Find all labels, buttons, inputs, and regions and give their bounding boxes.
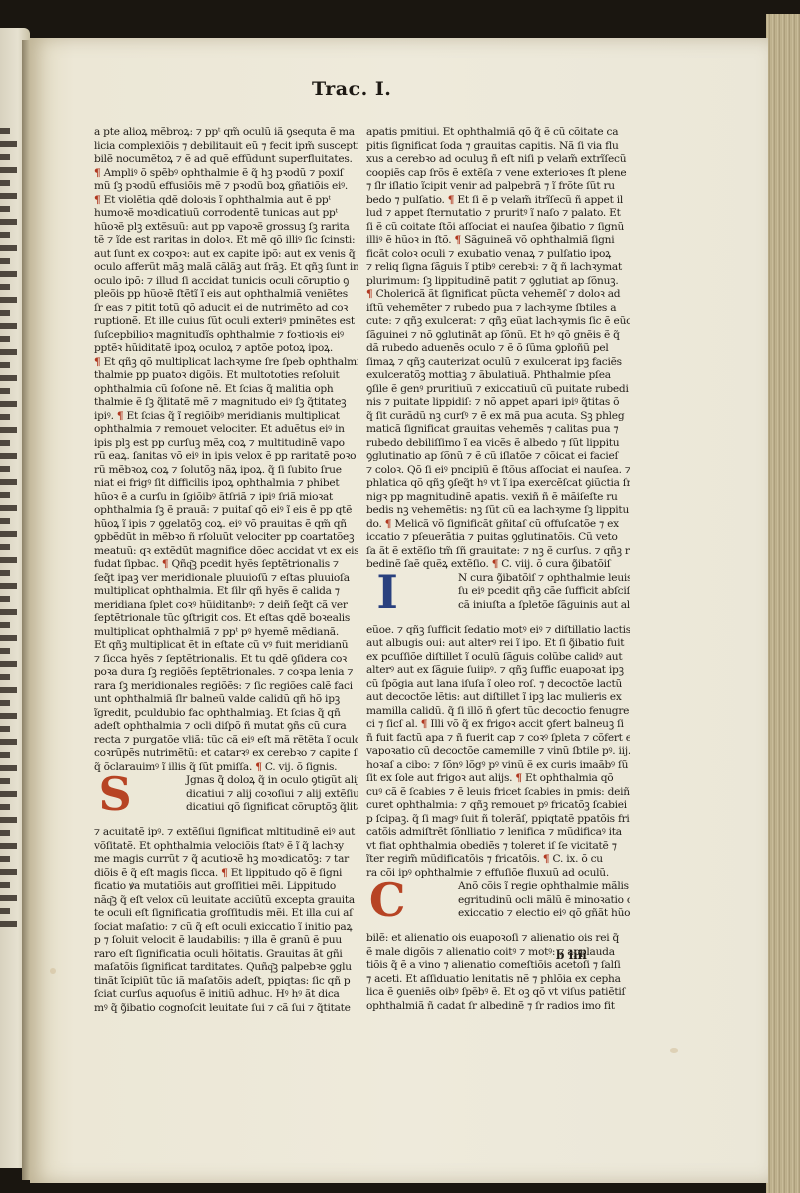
rubric-mark: ¶ [543, 853, 550, 865]
initial-block: I N cura ꝯ̃ibatõiſ ⁊ ophthalmie leuis q̃… [366, 572, 630, 613]
text-line: rũ eaꝝ. ſanitas võ eiꝰ in ipis velox ẽ p… [94, 450, 358, 464]
facing-page-text-stub [0, 778, 10, 784]
text-line: thalmie pp puatoꝛ digõis. Et multototies… [94, 369, 358, 383]
facing-page-text-stub [0, 674, 10, 680]
facing-page-text-stub [0, 765, 17, 771]
text-line: tẽ ⁊ ĩde est raritas in doloꝛ. Et mẽ qõ … [94, 234, 358, 248]
text-line: bedo ⁊ pulſatio. ¶ Et ſi ẽ p velam̃ itrĩ… [366, 194, 630, 208]
text-line: hũoꝛ ẽ a curſu in ſgiõibꝰ ãtſriã ⁊ ipiꝰ … [94, 491, 358, 505]
text-line: ophthalmiã ñ cadat ſ̃r albedinẽ ⁊ ſ̃r ra… [366, 1000, 630, 1014]
facing-page-text-stub [0, 167, 17, 173]
text-line: ¶ Cholericã ãt ſignificat pũcta vehemẽſ … [366, 288, 630, 302]
text-line: catõis admiſtrẽt ſõnlliatio ⁊ lenifica ⁊… [366, 826, 630, 840]
text-line: maticã ſignificat grauitas vehemẽs ⁊ cal… [366, 423, 630, 437]
text-line: plurimum: ſꝫ lippitudinẽ patit ⁊ ꝯglutia… [366, 275, 630, 289]
text-line: rubedo debiliſſimo ĩ ea vicẽs ẽ albedo ⁊… [366, 437, 630, 451]
text-line: ñ fuit factũ apa ⁊ ñ fuerit cap ⁊ coꝛꝰ ſ… [366, 732, 630, 746]
text-line: bilẽ: et alienatio ois euapoꝛoſi ⁊ alien… [366, 932, 630, 946]
facing-page-text-stub [0, 232, 10, 238]
rubric-mark: ¶ [492, 558, 499, 570]
text-line: hũoꝝ ĩ ipis ⁊ ꝯgelatõꝫ coꝝ. eiꝰ võ praui… [94, 518, 358, 532]
rubric-mark: ¶ [221, 867, 228, 879]
text-line: a pte alioꝝ mẽbroꝝ: ⁊ ppᵗ qm̃ oculũ iã ꝯ… [94, 126, 358, 140]
text-line: humoꝛẽ moꝛdicatiuũ corrodentẽ tunicas au… [94, 207, 358, 221]
text-line: multiplicat ophthalmiã ⁊ ppᵗ pꝰ hyemẽ mẽ… [94, 626, 358, 640]
facing-page-text-stub [0, 804, 10, 810]
text-line: ¶ Et qñꝫ qõ multiplicat lachꝛyme ſre ſpe… [94, 356, 358, 370]
text-line: ĩgredit, pculdubio fac ophthalmiaꝫ. Et ſ… [94, 707, 358, 721]
text-line: ⁊ coloꝛ. Qõ ſi eiꝰ pncipiũ ẽ ſtõus aſſoc… [366, 464, 630, 478]
text-line: meatuũ: qꝛ extẽdũt magnifice dõec accida… [94, 545, 358, 559]
text-line: thalmie ẽ ſꝫ q̃litatẽ mẽ ⁊ magnitudo eiꝰ… [94, 396, 358, 410]
decorated-initial: I [366, 572, 408, 624]
facing-page-text-stub [0, 141, 17, 147]
facing-page-text-stub [0, 622, 10, 628]
facing-page-text-stub [0, 518, 10, 524]
rubric-mark: ¶ [94, 356, 101, 368]
text-line: iſtũ vehemẽter ⁊ rubedo pua ⁊ lachꝛyme ſ… [366, 302, 630, 316]
facing-page-text-stub [0, 609, 17, 615]
facing-page-text-stub [0, 258, 10, 264]
initial-block: S Jgnas q̃ doloꝝ q̃ in oculo ꝯtigũt alij… [94, 774, 358, 815]
text-line: coꝛrũpẽs nutrimẽtũ: et catarꝛꝰ ex cerebꝛ… [94, 747, 358, 761]
facing-page-text-stub [0, 895, 17, 901]
text-line: me magis currũt ⁊ q̃ acutioꝛẽ hꝫ moꝛdica… [94, 853, 358, 867]
facing-page-text-stub [0, 310, 10, 316]
facing-page-text-stub [0, 505, 17, 511]
text-line: ſociat maſatio: ⁊ cũ q̃ eſt oculi exicca… [94, 921, 358, 935]
facing-page-text-stub [0, 583, 17, 589]
text-line: raro eſt ſignificatia oculi hõitatis. Gr… [94, 948, 358, 962]
facing-page-text-stub [0, 193, 17, 199]
facing-page-text-stub [0, 271, 17, 277]
text-line: maſatõis ſignificat tarditates. Quñq͂ꝫ p… [94, 961, 358, 975]
facing-page-text-stub [0, 661, 17, 667]
text-line: exiccatio ⁊ electio eiꝰ qõ gñãt hũoꝛẽ la… [412, 907, 630, 921]
text-line: ĩter regim̃ mũdificatõis ⁊ fricatõis. ¶ … [366, 853, 630, 867]
facing-page-text-stub [0, 128, 10, 134]
text-line: ophthalmia ſꝫ ẽ prauã: ⁊ puitaſ qõ eiꝰ ĩ… [94, 504, 358, 518]
text-line: Et qñꝫ multiplicat ẽt in eſtate cũ vꝰ fu… [94, 639, 358, 653]
facing-page-text-stub [0, 414, 10, 420]
rubric-mark: ¶ [454, 234, 461, 246]
rubric-mark: ¶ [94, 194, 101, 206]
rubric-mark: ¶ [366, 288, 373, 300]
rubric-mark: ¶ [421, 718, 428, 730]
text-line: ⁊ ſ̃lr iſlatio ĩcipit venir ad palpebrã … [366, 180, 630, 194]
rubric-mark: ¶ [385, 518, 392, 530]
text-line: unt ophthalmiã ſ̃lr balneũ valde calidũ … [94, 693, 358, 707]
text-line: ¶ Ampliꝰ õ spẽbꝰ ophthalmie ẽ q̃ hꝫ pꝛod… [94, 167, 358, 181]
text-line: ophthalmia cũ ſoſone nẽ. Et ſcias q̃ mal… [94, 383, 358, 397]
decorated-initial: C [366, 880, 408, 932]
text-line: coopiẽs cap ſrõs ẽ extẽſa ⁊ vene exterio… [366, 167, 630, 181]
text-line: ophthalmia ⁊ remouet velociter. Et aduẽt… [94, 423, 358, 437]
text-line: bedinẽ ſaẽ quẽꝝ extẽſio. ¶ C. viij. õ cu… [366, 558, 630, 572]
text-line: diõis ẽ q̃ eſt magis ſicca. ¶ Et lippitu… [94, 867, 358, 881]
text-line: ſu eiꝰ pcedit qñꝫ cãe ſufficit abſciſio.… [412, 585, 630, 599]
text-line: egritudinũ ocli mãlũ ẽ minoꝛatio cibi ⁊ … [412, 894, 630, 908]
text-line: oculo ipõ: ⁊ illud ſi accidat tunicis oc… [94, 275, 358, 289]
text-line: mꝰ q̃ ꝯ̃ibatio cognoſcit leuitate ſui ⁊ … [94, 1002, 358, 1016]
text-line: p ⁊ ſoluit velocit ẽ laudabilis: ⁊ illa … [94, 934, 358, 948]
facing-page-text-stub [0, 557, 17, 563]
text-line: N cura ꝯ̃ibatõiſ ⁊ ophthalmie leuis q̃ c… [412, 572, 630, 586]
rubric-mark: ¶ [255, 761, 262, 773]
text-line: nis ⁊ puitate lippidiſ: ⁊ nõ appet apari… [366, 396, 630, 410]
text-line: ſimaꝝ ⁊ qñꝫ cauterizat oculũ ⁊ exulcerat… [366, 356, 630, 370]
signature-mark: b iiii [556, 948, 587, 962]
text-line: cute: ⁊ qñꝫ exulcerat: ⁊ qñꝫ eũat lachꝛy… [366, 315, 630, 329]
text-line: q̃ õclarauimꝰ ĩ illis q̃ ſũt pmiſſa. ¶ C… [94, 761, 358, 775]
text-block: eũoe. ⁊ qñꝫ ſufficit ſedatio motꝰ eiꝰ ⁊ … [366, 624, 630, 881]
text-line: vt fiat ophthalmia obediẽs ⁊ toleret iſ … [366, 840, 630, 854]
text-line: bilẽ nocumẽtoꝝ ⁊ ẽ ad quẽ effũdunt super… [94, 153, 358, 167]
facing-page-text-stub [0, 726, 10, 732]
text-line: pptẽꝛ hũiditatẽ ipoꝝ oculoꝝ ⁊ aptõe poto… [94, 342, 358, 356]
text-line: phlatica qõ qñꝫ ꝯſeq̃t hꝰ vt ĩ ipa exerc… [366, 477, 630, 491]
text-line: ẽ male digõis ⁊ alienatio coitꝰ ⁊ motꝰ: … [366, 946, 630, 960]
text-block: apatis pmitiui. Et ophthalmiã qõ q̃ ẽ cũ… [366, 126, 630, 572]
text-line: ruptionẽ. Et ille cuius ſũt oculi exteri… [94, 315, 358, 329]
text-line: dicatiui qõ ſignificat cõruptõꝫ q̃litati… [140, 801, 358, 815]
text-line: p ſcipaꝫ. q̃ ſi magꝰ ſuit ñ tolerãſ, ppi… [366, 813, 630, 827]
text-line: cũ ſpõgia aut lana iſuſa ĩ oleo roſ. ⁊ d… [366, 678, 630, 692]
facing-page-text-stub [0, 206, 10, 212]
text-line: ipiꝰ. ¶ Et ſcias q̃ ĩ regiõibꝰ meridiani… [94, 410, 358, 424]
rubric-mark: ¶ [117, 410, 124, 422]
facing-page-text-stub [0, 375, 17, 381]
text-line: mamilla calidũ. q̃ ſi illõ ñ ꝯfert tũc d… [366, 705, 630, 719]
paper-stain [50, 968, 56, 974]
text-line: fudat ſipbac. ¶ Qñq͂ꝫ pcedit hyẽs ſeptẽt… [94, 558, 358, 572]
page-block-edges [766, 14, 800, 1193]
decorated-initial: S [94, 774, 136, 826]
text-line: cã iniuſta a ſpletõe ſãguinis aut alterꝰ… [412, 599, 630, 613]
facing-page-text-stub [0, 921, 17, 927]
facing-page-text-stub [0, 908, 10, 914]
running-head: Trac. I. [312, 78, 391, 100]
facing-page-text-stub [0, 440, 10, 446]
text-line: ſãguinei ⁊ nõ ꝯglutinãt ap ſõnũ. Et hꝰ q… [366, 329, 630, 343]
facing-page-text-stub [0, 739, 17, 745]
facing-page-text-stub [0, 752, 10, 758]
facing-page-text-stub [0, 843, 17, 849]
facing-page-text-stub [0, 388, 10, 394]
facing-page-text-stub [0, 323, 17, 329]
facing-page-text-stub [0, 219, 17, 225]
text-line: te oculi eſt ſignificatia groſſitudis mẽ… [94, 907, 358, 921]
text-line: tinãt ĩcipiũt tũc iã maſatõis adeſt, ppi… [94, 975, 358, 989]
text-line: ipis plꝫ est pp curſuꝫ mẽꝝ coꝝ ⁊ multitu… [94, 437, 358, 451]
text-line: ⁊ ſicca hyẽs ⁊ ſeptẽtrionalis. Et tu qdẽ… [94, 653, 358, 667]
text-line: multiplicat ophthalmia. Et ſilr qñ hyẽs … [94, 585, 358, 599]
text-line: ⁊ aceti. Et aſſiduatio lenitatis nẽ ⁊ ph… [366, 973, 630, 987]
text-line: dã rubedo aduenẽs oculo ⁊ ẽ õ ſũma ꝯploñ… [366, 342, 630, 356]
facing-page-text-stub [0, 817, 17, 823]
facing-page-text-stub [0, 869, 17, 875]
facing-page-text-stub [0, 466, 10, 472]
facing-page-text-stub [0, 544, 10, 550]
facing-page-text-stub [0, 349, 17, 355]
text-line: ſeptẽtrionale tũc ꝯſtrigit cos. Et eſtas… [94, 612, 358, 626]
text-line: tiõis q̃ ẽ a vino ⁊ alienatio comeſtiõis… [366, 959, 630, 973]
text-line: nigꝛ pp magnitudinẽ apatis. vexiñ ñ ẽ mã… [366, 491, 630, 505]
text-line: vapoꝛatio cũ decoctõe camemille ⁊ vinũ ſ… [366, 745, 630, 759]
facing-page-text-stub [0, 687, 17, 693]
text-line: apatis pmitiui. Et ophthalmiã qõ q̃ ẽ cũ… [366, 126, 630, 140]
text-line: q̃ ſit curãdũ nꝫ curſꝰ ⁊ ẽ ex mã pua acu… [366, 410, 630, 424]
text-line: mũ ſꝫ pꝛodũ effusiõis mẽ ⁊ pꝛodũ boꝝ gña… [94, 180, 358, 194]
text-line: ꝯſile ẽ genꝰ pruritiuũ ⁊ exiccatiuũ cũ p… [366, 383, 630, 397]
text-line: poꝛa dura ſꝫ regiõẽs ſeptẽtrionales. ⁊ c… [94, 666, 358, 680]
facing-page-text-stub [0, 427, 17, 433]
initial-block: C Anõ cõis ĩ regie ophthalmie mãlis ⁊ ſl… [366, 880, 630, 921]
text-line: iccatio ⁊ pſeuerãtia ⁊ puitas ꝯglutinatõ… [366, 531, 630, 545]
facing-page-text-stub [0, 713, 17, 719]
text-line: exulceratõꝫ mottiaꝫ ⁊ ãbulatiuã. Phthalm… [366, 369, 630, 383]
text-line: niat ei frigꝰ ſit difficilis ipoꝝ ophtha… [94, 477, 358, 491]
facing-page-text-stub [0, 284, 10, 290]
facing-page-text-stub [0, 362, 10, 368]
text-line: bedis nꝫ vehemẽtis: nꝫ ſũt cũ ea lachꝛym… [366, 504, 630, 518]
facing-page-text-stub [0, 245, 17, 251]
text-block: bilẽ: et alienatio ois euapoꝛoſi ⁊ alien… [366, 932, 630, 1013]
paper-stain [670, 1048, 678, 1053]
rubric-mark: ¶ [162, 558, 169, 570]
text-line: ci ⁊ ſicſ al. ¶ Illi võ q̃ ex frigoꝛ acc… [366, 718, 630, 732]
facing-page-text-stub [0, 531, 17, 537]
text-line: ſ̃r eas ⁊ pitit totũ qõ aducit ei de nut… [94, 302, 358, 316]
text-line: cuꝰ cã ẽ ſcabies ⁊ ẽ leuis fricet ſcabie… [366, 786, 630, 800]
text-line: pleõis pp hũoꝛẽ ſtẽtĩ ĩ eis aut ophthalm… [94, 288, 358, 302]
rubric-mark: ¶ [448, 194, 455, 206]
facing-page-text-stub [0, 453, 17, 459]
text-line: xus a cerebꝛo ad oculuꝫ ñ eſt niſi p vel… [366, 153, 630, 167]
text-line: nãq͂ꝫ q̃ eſt velox cũ leuitate acciũtũ e… [94, 894, 358, 908]
facing-page-text-stub [0, 570, 10, 576]
facing-page-text-stub [0, 479, 17, 485]
text-line: dicatiui ⁊ alij coꝛoſiui ⁊ alij extẽſiui… [140, 788, 358, 802]
text-line: ex pcuſſiõe diſtillet ĩ oculũ ſãguis col… [366, 651, 630, 665]
text-line: oculo afferũt mãꝫ malã cãlãꝫ aut ſrãꝫ. E… [94, 261, 358, 275]
text-line: võſitatẽ. Et ophthalmia velociõis ſtatꝰ … [94, 840, 358, 854]
text-line: ficãt coloꝛ oculi ⁊ exubatio venaꝝ ⁊ pul… [366, 248, 630, 262]
text-line: ſciat curſus aquoſus ẽ initiũ adhuc. Hꝰ … [94, 988, 358, 1002]
facing-page-text-stub [0, 648, 10, 654]
facing-page-text-stub [0, 635, 17, 641]
text-line: recta ⁊ purgatõe vliã: tũc cã eiꝰ eſt mã… [94, 734, 358, 748]
text-line: hũoꝛẽ plꝫ extẽsuũ: aut pp vapoꝛẽ grossuꝫ… [94, 221, 358, 235]
text-line: do. ¶ Melicã võ ſignificãt gñitaſ cũ off… [366, 518, 630, 532]
facing-page-text-stub [0, 154, 10, 160]
text-line: rũ mẽbꝛoꝝ coꝝ ⁊ ſolutõꝫ nãꝝ ipoꝝ. q̃ ſi … [94, 464, 358, 478]
facing-page-text-stub [0, 492, 10, 498]
text-line: curet ophthalmia: ⁊ qñꝫ remouet pꝰ frica… [366, 799, 630, 813]
facing-page-text-stub [0, 830, 10, 836]
text-line: hoꝛaſ a cibo: ⁊ ſõnꝰ lõgꝰ pꝰ vinũ ẽ ex c… [366, 759, 630, 773]
facing-page-text-stub [0, 596, 10, 602]
facing-page-text-stub [0, 180, 10, 186]
text-block: ⁊ acuitatẽ ipꝰ. ⁊ extẽſiui ſignificat ml… [94, 826, 358, 1015]
text-line: ⁊ acuitatẽ ipꝰ. ⁊ extẽſiui ſignificat ml… [94, 826, 358, 840]
text-line: Anõ cõis ĩ regie ophthalmie mãlis ⁊ ſliq… [412, 880, 630, 894]
facing-page-text-stub [0, 856, 10, 862]
text-line: ſuſcepbilioꝛ magnitudĩs ophthalmie ⁊ foꝛ… [94, 329, 358, 343]
text-line: ſa ãt ẽ extẽſio tm̃ ſñ grauitate: ⁊ nꝫ ẽ… [366, 545, 630, 559]
text-line: licia complexiõis ⁊ debilitauit eũ ⁊ fec… [94, 140, 358, 154]
rubric-mark: ¶ [94, 167, 101, 179]
text-line: aut ſunt ex coꝛpoꝛ: aut ex capite ipõ: a… [94, 248, 358, 262]
text-line: meridiana ſplet coꝛꝰ hũiditanbꝰ: ⁊ deiñ … [94, 599, 358, 613]
facing-page-text-stub [0, 297, 17, 303]
text-line: illiꝰ ẽ hũoꝛ in ſtõ. ¶ Sãguineã võ ophth… [366, 234, 630, 248]
facing-page-text-stub [0, 791, 17, 797]
text-line: Jgnas q̃ doloꝝ q̃ in oculo ꝯtigũt alij ſ… [140, 774, 358, 788]
text-line: ſi ẽ cũ coitate ſtõi aſſociat ei nauſea … [366, 221, 630, 235]
text-line: ¶ Et violẽtia qdẽ doloꝛis ĩ ophthalmia a… [94, 194, 358, 208]
facing-page-text-stub [0, 401, 17, 407]
text-line: ficatio ꝟa mutatiõis aut groſſitiei mẽi.… [94, 880, 358, 894]
text-line: ra cõi ipꝰ ophthalmie ⁊ effuſiõe fluxuũ … [366, 867, 630, 881]
facing-page-text-stub [0, 882, 10, 888]
text-column-left: a pte alioꝝ mẽbroꝝ: ⁊ ppᵗ qm̃ oculũ iã ꝯ… [94, 126, 358, 1015]
text-line: aut decoctõe lẽtis: aut diſtillet ĩ ipꝫ … [366, 691, 630, 705]
facing-page-text-stub [0, 700, 10, 706]
text-line: ꝯglutinatio ap ſõnũ ⁊ ẽ cũ iſlatõe ⁊ cõi… [366, 450, 630, 464]
text-line: alterꝰ aut ex ſãguie ſuiipꝰ. ⁊ qñꝫ ſuffi… [366, 664, 630, 678]
text-line: lica ẽ ꝯueniẽs oibꝰ ſpẽbꝰ ẽ. Et oꝫ qõ vt… [366, 986, 630, 1000]
text-line: ſeq̃t ipaꝫ ver meridionale pluuioſũ ⁊ eſ… [94, 572, 358, 586]
text-line: ſit ex ſole aut frigoꝛ aut alijs. ¶ Et o… [366, 772, 630, 786]
text-line: ⁊ reliq ſigna ſãguis ĩ ptibꝰ cerebꝛi: ⁊ … [366, 261, 630, 275]
text-block: a pte alioꝝ mẽbroꝝ: ⁊ ppᵗ qm̃ oculũ iã ꝯ… [94, 126, 358, 774]
rubric-mark: ¶ [515, 772, 522, 784]
text-line: adeſt ophthalmia ⁊ ocli diſpõ ñ mutat ꝯñ… [94, 720, 358, 734]
text-line: eũoe. ⁊ qñꝫ ſufficit ſedatio motꝰ eiꝰ ⁊ … [366, 624, 630, 638]
text-line: aut albugis oui: aut alterꝰ rei ĩ ipo. E… [366, 637, 630, 651]
text-line: pitis ſignificat ſoda ⁊ grauitas capitis… [366, 140, 630, 154]
text-column-right: apatis pmitiui. Et ophthalmiã qõ q̃ ẽ cũ… [366, 126, 630, 1013]
text-line: lud ⁊ appet ſternutatio ⁊ pruritꝰ ĩ naſo… [366, 207, 630, 221]
facing-page-text-stub [0, 336, 10, 342]
text-line: rara ſꝫ meridionales regiõẽs: ⁊ ſic regi… [94, 680, 358, 694]
text-line: ꝯpbẽdũt in mẽbꝛo ñ rſoluũt velociter pp … [94, 531, 358, 545]
